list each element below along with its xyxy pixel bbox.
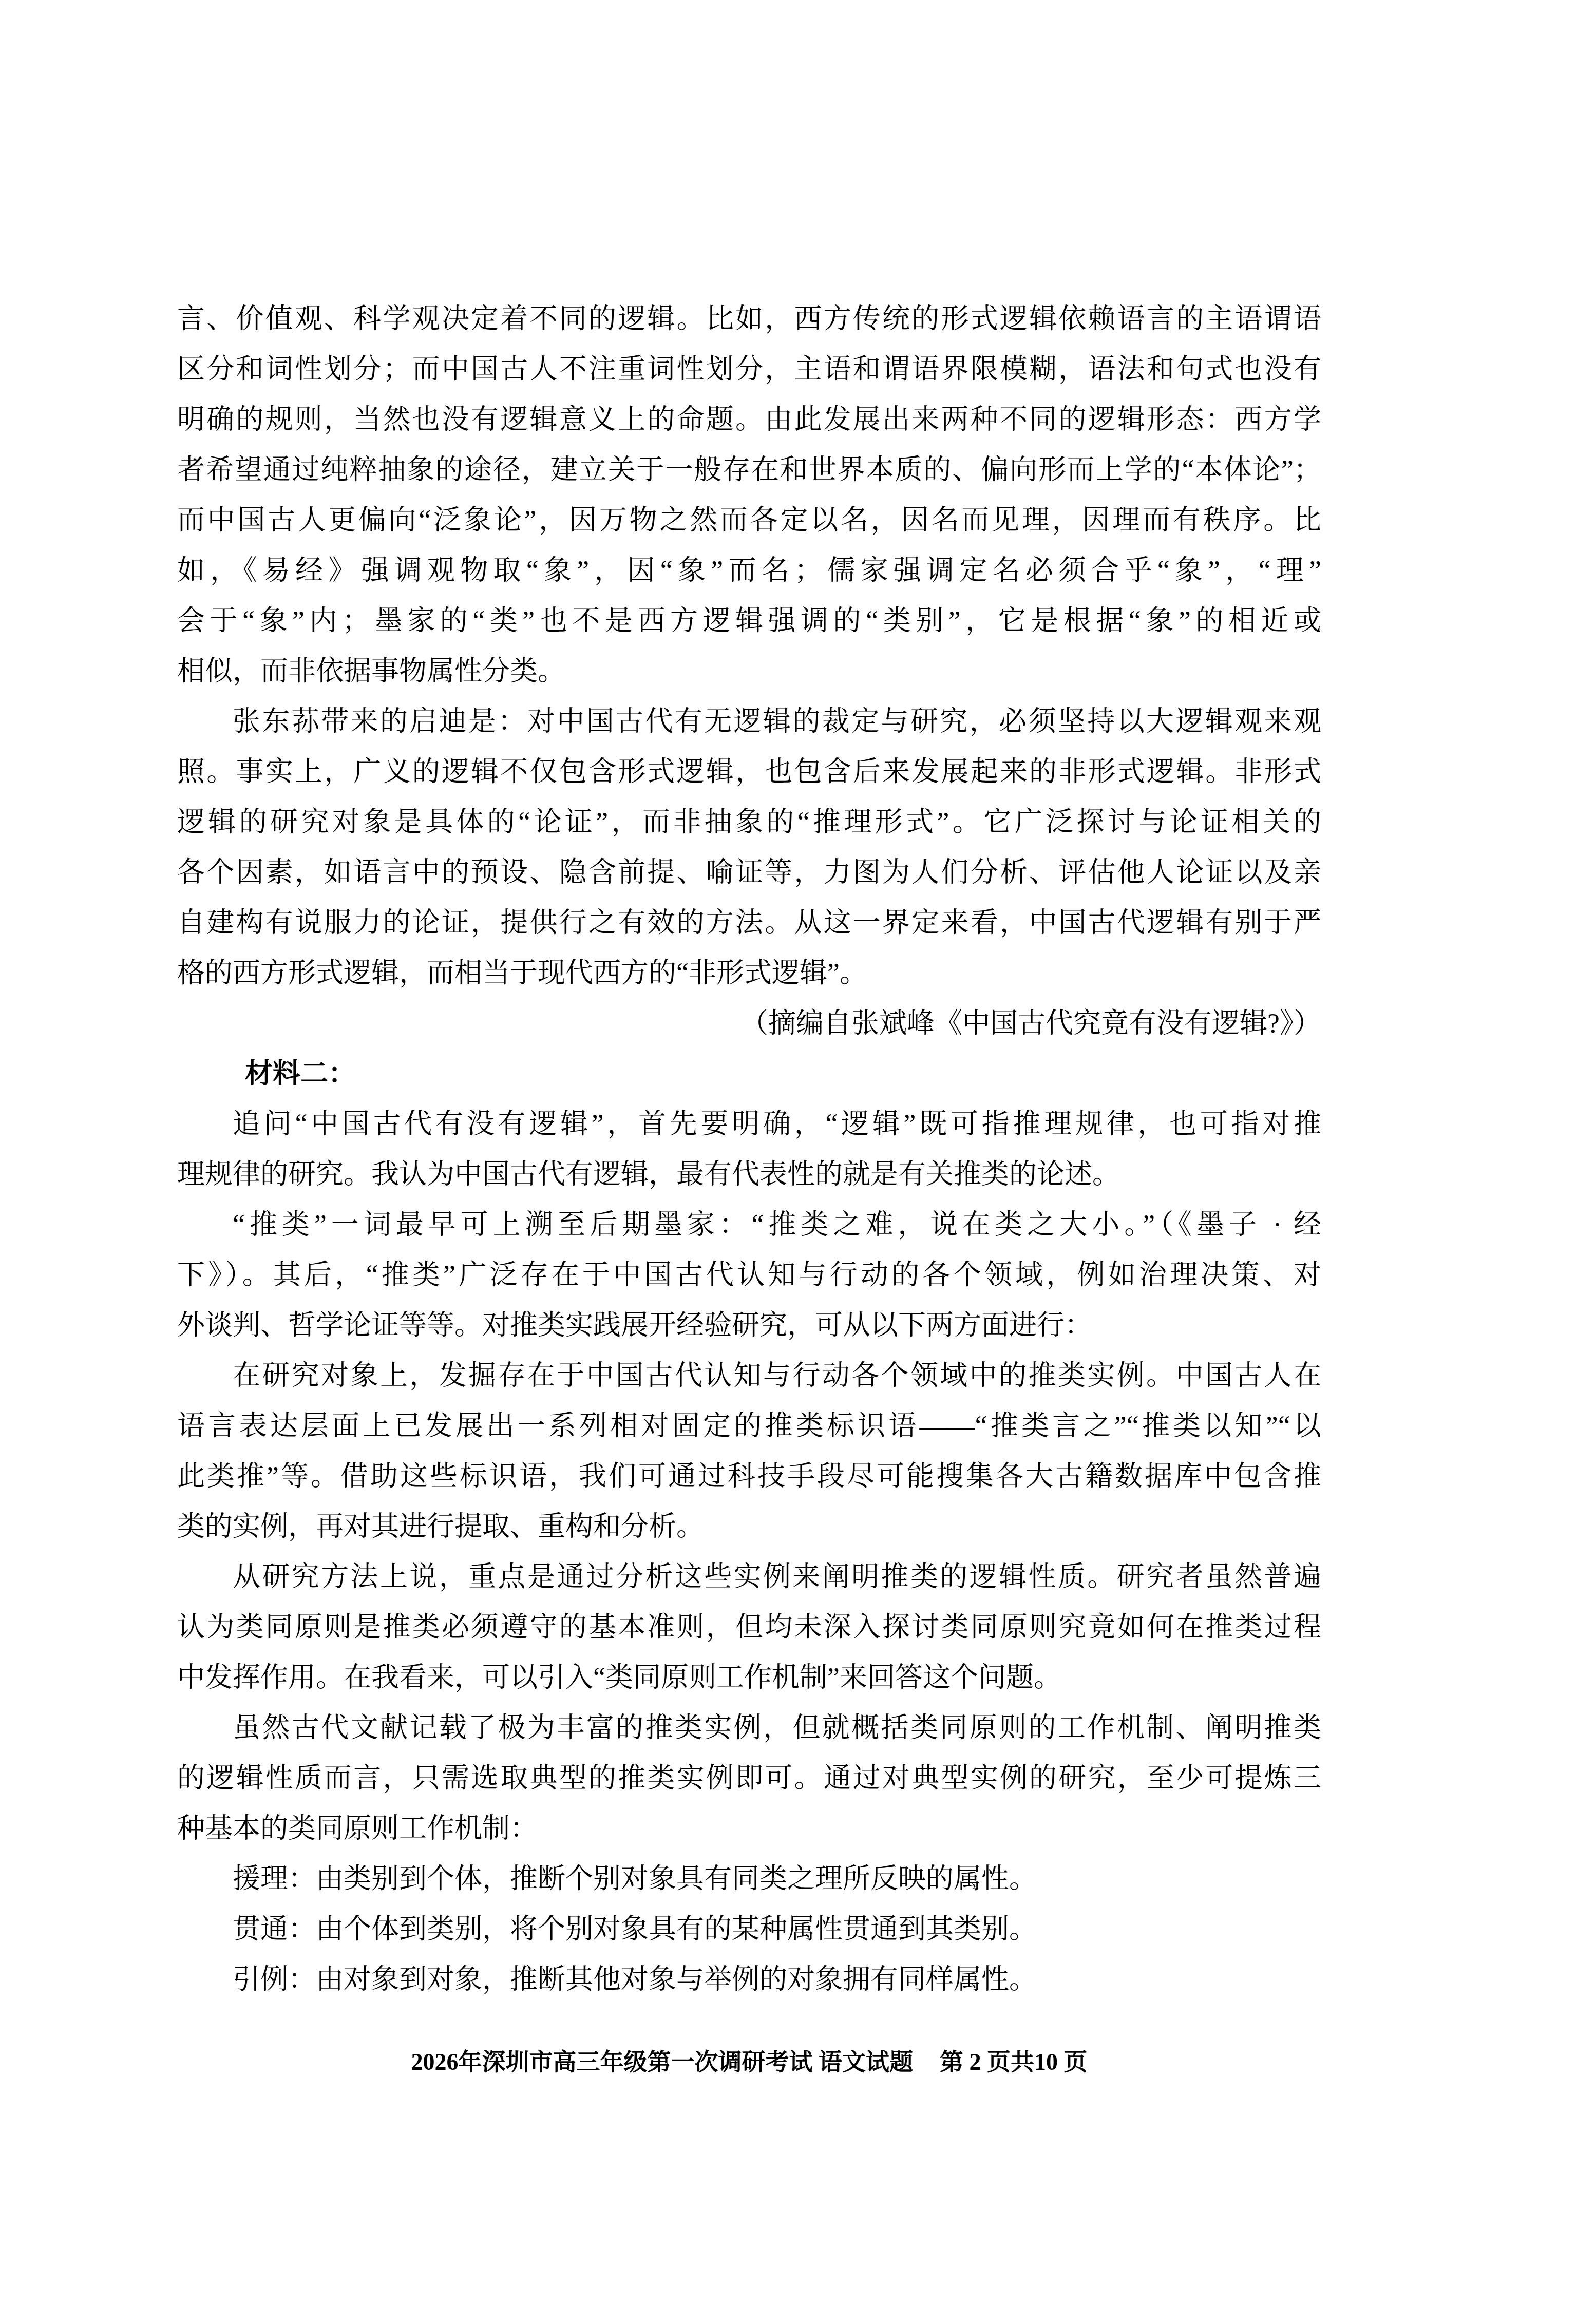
text-line: 如，《易经》强调观物取“象”，因“象”而名；儒家强调定名必须合乎“象”，“理” [177, 545, 1321, 596]
text-line: 类的实例，再对其进行提取、重构和分析。 [177, 1501, 1321, 1552]
text-line: 的逻辑性质而言，只需选取典型的推类实例即可。通过对典型实例的研究，至少可提炼三 [177, 1753, 1321, 1803]
text-line: 者希望通过纯粹抽象的途径，建立关于一般存在和世界本质的、偏向形而上学的“本体论”… [177, 445, 1321, 495]
text-line: 在研究对象上，发掘存在于中国古代认知与行动各个领域中的推类实例。中国古人在 [177, 1350, 1321, 1401]
document-page: 言、价值观、科学观决定着不同的逻辑。比如，西方传统的形式逻辑依赖语言的主语谓语 … [0, 0, 1596, 2306]
text-line: 而中国古人更偏向“泛象论”，因万物之然而各定以名，因名而见理，因理而有秩序。比 [177, 495, 1321, 545]
text-line: 外谈判、哲学论证等等。对推类实践展开经验研究，可从以下两方面进行： [177, 1300, 1321, 1350]
text-line: 认为类同原则是推类必须遵守的基本准则，但均未深入探讨类同原则究竟如何在推类过程 [177, 1602, 1321, 1652]
text-line: 各个因素，如语言中的预设、隐含前提、喻证等，力图为人们分析、评估他人论证以及亲 [177, 847, 1321, 898]
text-line: 下》）。其后，“推类”广泛存在于中国古代认知与行动的各个领域，例如治理决策、对 [177, 1250, 1321, 1300]
text-line: 逻辑的研究对象是具体的“论证”，而非抽象的“推理形式”。它广泛探讨与论证相关的 [177, 797, 1321, 847]
text-line: 照。事实上，广义的逻辑不仅包含形式逻辑，也包含后来发展起来的非形式逻辑。非形式 [177, 747, 1321, 797]
text-column: 言、价值观、科学观决定着不同的逻辑。比如，西方传统的形式逻辑依赖语言的主语谓语 … [177, 294, 1321, 2005]
mechanism-line-yuanli: 援理：由类别到个体，推断个别对象具有同类之理所反映的属性。 [177, 1854, 1321, 1904]
material2-paragraph5: 虽然古代文献记载了极为丰富的推类实例，但就概括类同原则的工作机制、阐明推类 的逻… [177, 1703, 1321, 1854]
footer-page-info: 第 2 页共10 页 [940, 2049, 1088, 2075]
page-footer: 2026年深圳市高三年级第一次调研考试 语文试题第 2 页共10 页 [177, 2046, 1321, 2079]
text-line: 会于“象”内；墨家的“类”也不是西方逻辑强调的“类别”，它是根据“象”的相近或 [177, 596, 1321, 646]
text-line: 中发挥作用。在我看来，可以引入“类同原则工作机制”来回答这个问题。 [177, 1652, 1321, 1703]
text-line: “推类”一词最早可上溯至后期墨家：“推类之难，说在类之大小。”（《墨子 · 经 [177, 1199, 1321, 1250]
text-line: 言、价值观、科学观决定着不同的逻辑。比如，西方传统的形式逻辑依赖语言的主语谓语 [177, 294, 1321, 344]
text-line: 从研究方法上说，重点是通过分析这些实例来阐明推类的逻辑性质。研究者虽然普遍 [177, 1552, 1321, 1602]
source-attribution: （摘编自张斌峰《中国古代究竟有没有逻辑?》） [177, 998, 1321, 1049]
text-line: 理规律的研究。我认为中国古代有逻辑，最有代表性的就是有关推类的论述。 [177, 1149, 1321, 1199]
text-line: 虽然古代文献记载了极为丰富的推类实例，但就概括类同原则的工作机制、阐明推类 [177, 1703, 1321, 1753]
material2-paragraph4: 从研究方法上说，重点是通过分析这些实例来阐明推类的逻辑性质。研究者虽然普遍 认为… [177, 1552, 1321, 1703]
text-line: 种基本的类同原则工作机制： [177, 1803, 1321, 1854]
text-line: 语言表达层面上已发展出一系列相对固定的推类标识语——“推类言之”“推类以知”“以 [177, 1401, 1321, 1451]
text-line: 明确的规则，当然也没有逻辑意义上的命题。由此发展出来两种不同的逻辑形态：西方学 [177, 394, 1321, 445]
footer-exam-title: 2026年深圳市高三年级第一次调研考试 语文试题 [411, 2049, 914, 2075]
material2-paragraph2: “推类”一词最早可上溯至后期墨家：“推类之难，说在类之大小。”（《墨子 · 经 … [177, 1199, 1321, 1350]
text-line: 张东荪带来的启迪是：对中国古代有无逻辑的裁定与研究，必须坚持以大逻辑观来观 [177, 696, 1321, 747]
text-line: 自建构有说服力的论证，提供行之有效的方法。从这一界定来看，中国古代逻辑有别于严 [177, 898, 1321, 948]
material1-paragraph2: 张东荪带来的启迪是：对中国古代有无逻辑的裁定与研究，必须坚持以大逻辑观来观 照。… [177, 696, 1321, 998]
text-line: 区分和词性划分；而中国古人不注重词性划分，主语和谓语界限模糊，语法和句式也没有 [177, 344, 1321, 394]
text-line: 格的西方形式逻辑，而相当于现代西方的“非形式逻辑”。 [177, 948, 1321, 998]
mechanism-line-yinli: 引例：由对象到对象，推断其他对象与举例的对象拥有同样属性。 [177, 1954, 1321, 2005]
text-line: 追问“中国古代有没有逻辑”，首先要明确，“逻辑”既可指推理规律，也可指对推 [177, 1099, 1321, 1149]
text-line: 此类推”等。借助这些标识语，我们可通过科技手段尽可能搜集各大古籍数据库中包含推 [177, 1451, 1321, 1501]
material2-paragraph1: 追问“中国古代有没有逻辑”，首先要明确，“逻辑”既可指推理规律，也可指对推 理规… [177, 1099, 1321, 1199]
material1-paragraph1: 言、价值观、科学观决定着不同的逻辑。比如，西方传统的形式逻辑依赖语言的主语谓语 … [177, 294, 1321, 696]
material2-paragraph3: 在研究对象上，发掘存在于中国古代认知与行动各个领域中的推类实例。中国古人在 语言… [177, 1350, 1321, 1552]
text-line: 相似，而非依据事物属性分类。 [177, 646, 1321, 696]
material2-heading: 材料二： [177, 1049, 1321, 1099]
mechanism-line-guantong: 贯通：由个体到类别，将个别对象具有的某种属性贯通到其类别。 [177, 1904, 1321, 1954]
